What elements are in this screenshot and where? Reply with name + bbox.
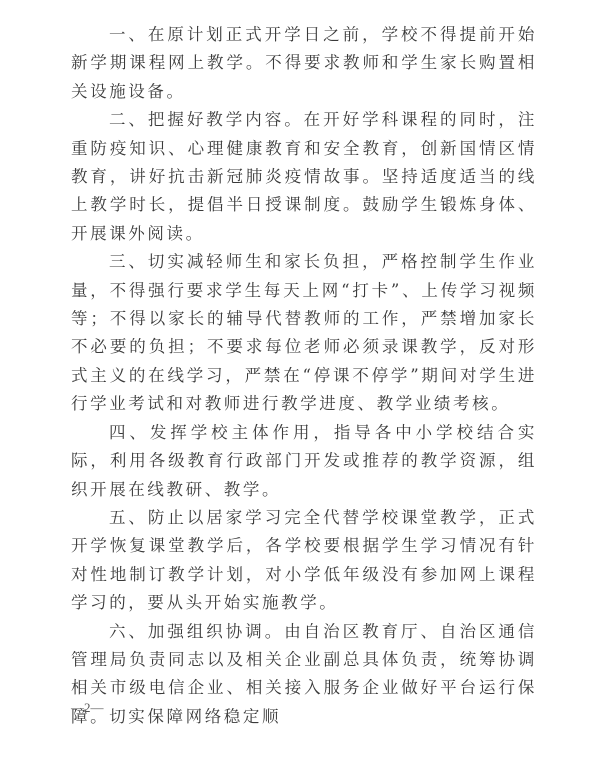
paragraph-5: 五、防止以居家学习完全代替学校课堂教学，正式开学恢复课堂教学后，各学校要根据学生… (71, 504, 537, 618)
document-body: 一、在原计划正式开学日之前，学校不得提前开始新学期课程网上教学。不得要求教师和学… (71, 21, 537, 731)
document-page: 一、在原计划正式开学日之前，学校不得提前开始新学期课程网上教学。不得要求教师和学… (0, 0, 606, 780)
paragraph-2: 二、把握好教学内容。在开好学科课程的同时，注重防疫知识、心理健康教育和安全教育，… (71, 106, 537, 248)
paragraph-3: 三、切实减轻师生和家长负担，严格控制学生作业量，不得强行要求学生每天上网“打卡”… (71, 248, 537, 418)
paragraph-6: 六、加强组织协调。由自治区教育厅、自治区通信管理局负责同志以及相关企业副总具体负… (71, 618, 537, 732)
paragraph-4: 四、发挥学校主体作用，指导各中小学校结合实际，利用各级教育行政部门开发或推荐的教… (71, 419, 537, 504)
paragraph-1: 一、在原计划正式开学日之前，学校不得提前开始新学期课程网上教学。不得要求教师和学… (71, 21, 537, 106)
page-number: —2— (71, 700, 104, 716)
